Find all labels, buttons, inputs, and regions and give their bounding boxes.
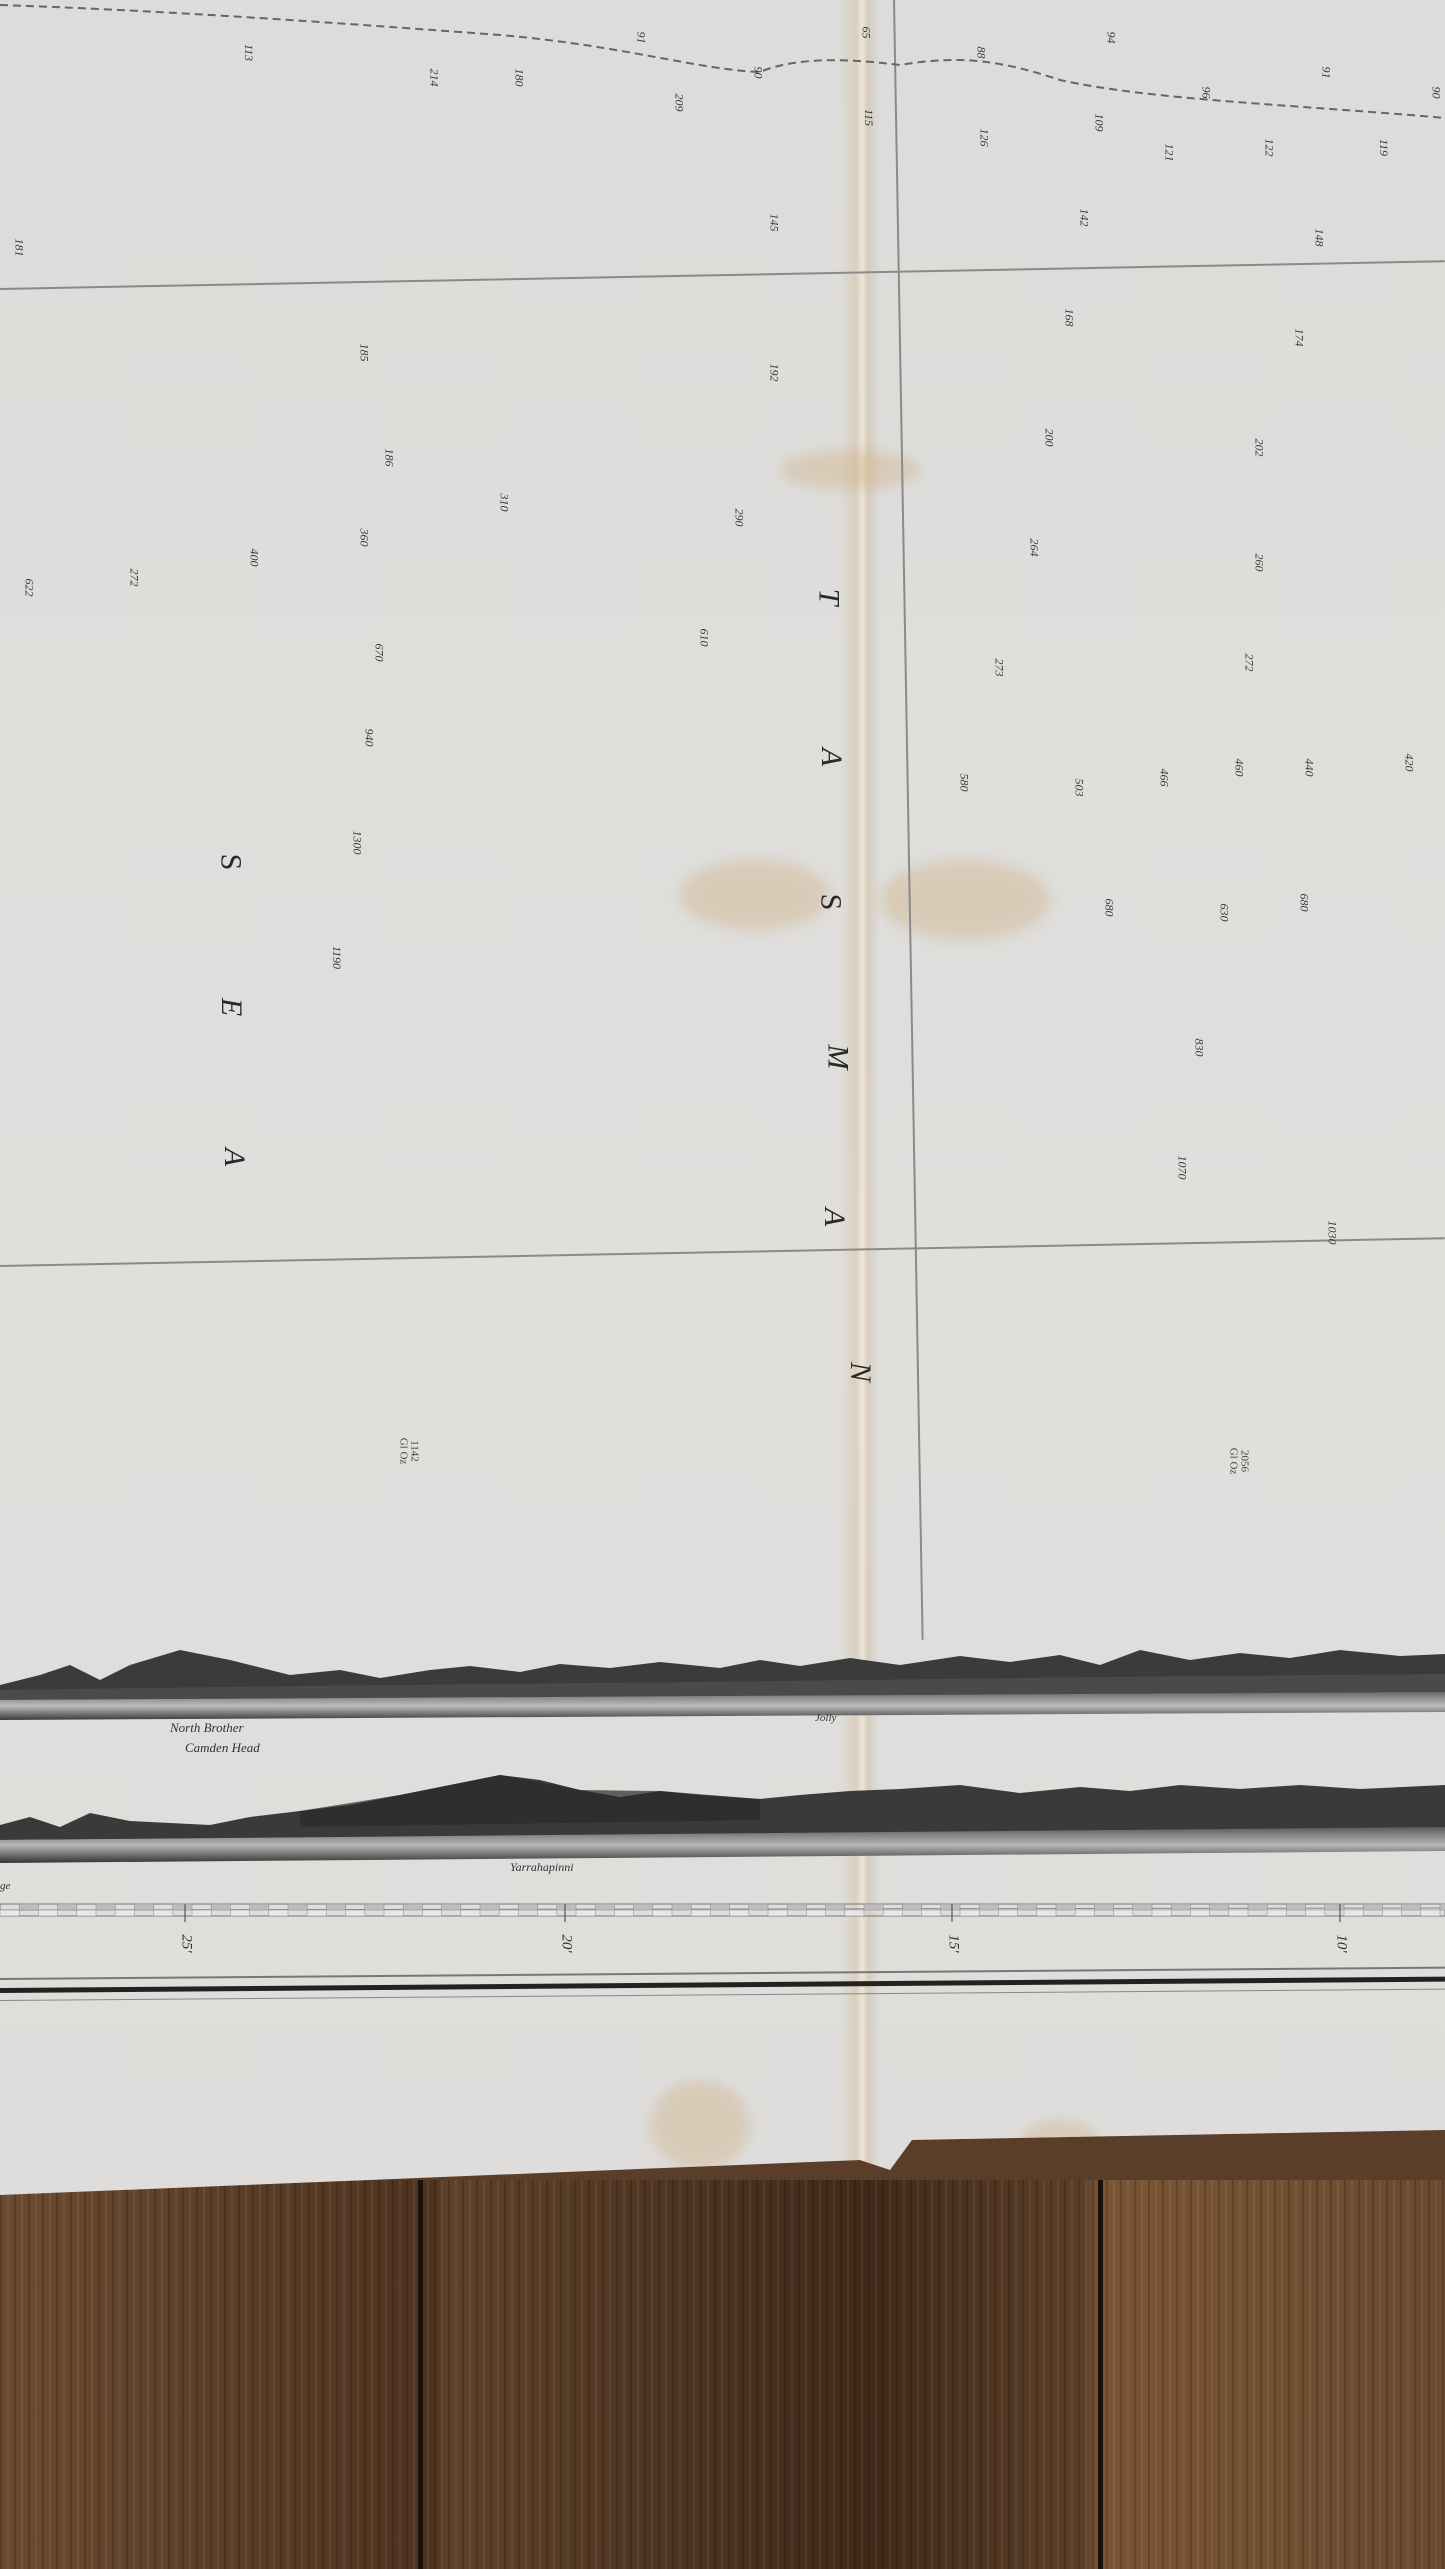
depth-sounding: 630 xyxy=(1217,904,1232,922)
latitude-line xyxy=(0,260,1445,290)
depth-sounding: 148 xyxy=(1312,229,1327,247)
depth-sounding: 88 xyxy=(974,47,989,59)
latitude-line xyxy=(0,1237,1445,1267)
depth-sounding: 260 xyxy=(1252,554,1267,572)
depth-sounding: 168 xyxy=(1062,309,1077,327)
depth-sounding: 272 xyxy=(127,569,142,587)
depth-sounding: 174 xyxy=(1292,329,1307,347)
depth-sounding: 185 xyxy=(357,344,372,362)
sea-name-letter: S xyxy=(813,894,847,911)
depth-sounding: 115 xyxy=(861,109,876,126)
depth-sounding: 91 xyxy=(634,32,649,44)
water-stain xyxy=(680,860,830,930)
depth-sounding: 272 xyxy=(1242,654,1257,672)
sea-name-letter: T xyxy=(811,589,845,606)
depth-sounding: 940 xyxy=(362,729,377,747)
depth-sounding: 142 xyxy=(1077,209,1092,227)
profile-landmark-label: ge xyxy=(0,1880,10,1892)
water-stain xyxy=(880,860,1050,940)
scale-tick-label: 20' xyxy=(558,1934,575,1952)
depth-sounding: 113 xyxy=(241,44,256,61)
depth-sounding: 1030 xyxy=(1325,1221,1340,1245)
depth-sounding: 420 xyxy=(1402,754,1417,772)
wood-floor xyxy=(0,2180,1445,2569)
profile-landmark-label: Camden Head xyxy=(185,1740,260,1756)
coastal-profile-view xyxy=(0,1620,1445,1730)
depth-sounding: 503 xyxy=(1072,779,1087,797)
depth-sounding: 122 xyxy=(1262,139,1277,157)
sounding-depth: 1142 xyxy=(408,1438,419,1465)
depth-sounding: 460 xyxy=(1232,759,1247,777)
depth-sounding: 1300 xyxy=(350,831,365,855)
depth-sounding: 580 xyxy=(957,774,972,792)
depth-sounding: 192 xyxy=(767,364,782,382)
floor-plank-seam xyxy=(1098,2180,1103,2569)
sea-word-letter: E xyxy=(214,998,248,1016)
depth-sounding: 440 xyxy=(1302,759,1317,777)
depth-sounding: 65 xyxy=(859,27,874,39)
sounding-depth: 2056 xyxy=(1238,1448,1249,1475)
depth-contour-line xyxy=(0,0,1445,140)
depth-sounding: 1190 xyxy=(329,946,344,969)
scale-tick-label: 25' xyxy=(178,1934,195,1952)
depth-sounding: 91 xyxy=(1319,67,1334,79)
longitude-line xyxy=(893,0,924,1640)
depth-sounding: 214 xyxy=(427,69,442,87)
latitude-scale-bar xyxy=(0,1900,1445,1922)
water-stain xyxy=(780,450,920,490)
coastal-profile-view xyxy=(0,1755,1445,1875)
depth-sounding: 273 xyxy=(992,659,1007,677)
depth-sounding: 181 xyxy=(12,239,27,257)
depth-sounding: 209 xyxy=(672,94,687,112)
depth-sounding: 360 xyxy=(357,529,372,547)
depth-sounding: 145 xyxy=(767,214,782,232)
depth-sounding: 200 xyxy=(1042,429,1057,447)
depth-sounding: 264 xyxy=(1027,539,1042,557)
sea-name-letter: M xyxy=(821,1045,855,1070)
depth-sounding: 121 xyxy=(1162,144,1177,162)
sea-word-letter: A xyxy=(217,1148,251,1166)
water-stain xyxy=(1020,2120,1100,2170)
depth-sounding: 680 xyxy=(1297,894,1312,912)
sea-name-letter: A xyxy=(814,748,848,766)
sounding-bottom-type: Gl Oz xyxy=(397,1438,408,1465)
deep-sounding-note: 1142 Gl Oz xyxy=(397,1438,419,1465)
sea-name-letter: N xyxy=(843,1362,877,1382)
depth-sounding: 96 xyxy=(1199,87,1214,99)
water-stain xyxy=(650,2080,750,2170)
chart-sheet: 1132141809190209115658812694109961219112… xyxy=(0,0,1445,2200)
profile-landmark-label: North Brother xyxy=(170,1720,244,1736)
depth-sounding: 680 xyxy=(1102,899,1117,917)
depth-sounding: 119 xyxy=(1376,139,1391,156)
depth-sounding: 90 xyxy=(751,67,766,79)
sounding-bottom-type: Gl Oz xyxy=(1227,1448,1238,1475)
depth-sounding: 186 xyxy=(382,449,397,467)
sea-word-letter: S xyxy=(213,854,247,871)
depth-sounding: 90 xyxy=(1429,87,1444,99)
sea-name-letter: A xyxy=(817,1208,851,1226)
depth-sounding: 670 xyxy=(372,644,387,662)
floor-plank-seam xyxy=(418,2180,423,2569)
scale-tick-label: 10' xyxy=(1333,1934,1350,1952)
depth-sounding: 400 xyxy=(247,549,262,567)
profile-landmark-label: Jolly xyxy=(815,1712,836,1724)
depth-sounding: 109 xyxy=(1092,114,1107,132)
depth-sounding: 830 xyxy=(1192,1039,1207,1057)
depth-sounding: 622 xyxy=(22,579,37,597)
profile-landmark-label: Yarrahapinni xyxy=(510,1860,574,1875)
deep-sounding-note: 2056 Gl Oz xyxy=(1227,1448,1249,1475)
depth-sounding: 290 xyxy=(732,509,747,527)
depth-sounding: 466 xyxy=(1157,769,1172,787)
scale-tick-label: 15' xyxy=(945,1934,962,1952)
depth-sounding: 610 xyxy=(697,629,712,647)
depth-sounding: 1070 xyxy=(1175,1156,1190,1180)
depth-sounding: 94 xyxy=(1104,32,1119,44)
depth-sounding: 310 xyxy=(497,494,512,512)
depth-sounding: 180 xyxy=(512,69,527,87)
depth-sounding: 126 xyxy=(977,129,992,147)
depth-sounding: 202 xyxy=(1252,439,1267,457)
